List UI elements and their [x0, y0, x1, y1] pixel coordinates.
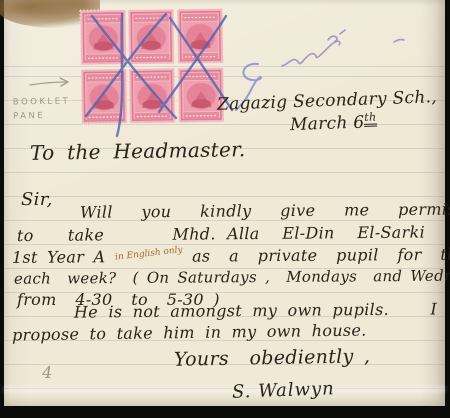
- pencil-arrow-icon: [28, 74, 72, 90]
- date-text: March 6: [290, 113, 365, 136]
- booklet-pane-note-line2: PANE: [13, 111, 45, 122]
- postage-stamp: [80, 67, 128, 125]
- pencil-page-number: 4: [41, 363, 54, 382]
- body-line-1: Will you kindly give me permission: [80, 201, 450, 221]
- inserted-correction: in English only: [114, 246, 182, 263]
- postage-stamp: [79, 8, 127, 66]
- booklet-pane-note-line1: BOOKLET: [13, 97, 71, 108]
- paper-crease: [4, 386, 445, 393]
- date-ordinal-suffix: th: [364, 110, 377, 126]
- body-line-7: propose to take him in my own house.: [12, 323, 367, 344]
- body-line-3-pre: 1st Year A: [12, 247, 115, 267]
- arabic-script-annotation: [278, 26, 408, 72]
- booklet-pane-note: BOOKLETPANE: [13, 95, 71, 125]
- letter-closing: Yours obediently ,: [174, 347, 371, 369]
- body-line-4: each week? ( On Saturdays , Mondays and …: [14, 268, 450, 286]
- letter-paper: BOOKLETPANE 4 Zagazig Secondary Sch., Ma…: [4, 0, 445, 406]
- postage-stamp: [128, 66, 176, 124]
- postage-stamp: [176, 7, 224, 65]
- salutation-sir: Sir,: [21, 191, 53, 209]
- signature: S. Walwyn: [232, 380, 335, 402]
- body-line-6: He is not amongst my own pupils. I: [74, 301, 437, 320]
- postage-stamp: [128, 8, 176, 66]
- document-scan: BOOKLETPANE 4 Zagazig Secondary Sch., Ma…: [0, 0, 450, 418]
- salutation-addressee: To the Headmaster.: [30, 139, 246, 163]
- body-line-3-post: as a private pupil for three hours: [183, 244, 450, 266]
- body-line-2: to take Mhd. Alla El-Din El-Sarki of: [17, 224, 450, 244]
- letter-heading-school: Zagazig Secondary Sch.,: [217, 89, 437, 114]
- stamp-block: [79, 7, 225, 125]
- body-line-3: 1st Year A in English only as a private …: [12, 246, 450, 266]
- letter-heading-date: March 6th: [290, 111, 377, 134]
